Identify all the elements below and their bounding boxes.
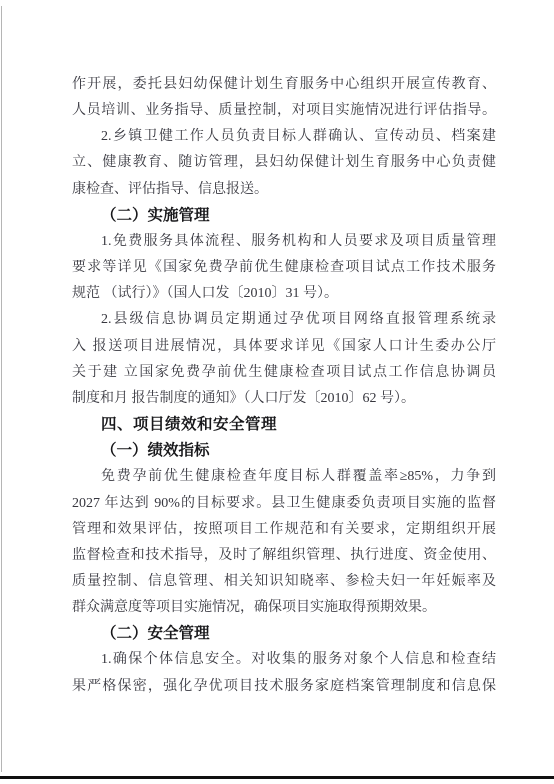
text-line: 质量控制、信息管理、相关知识知晓率、参检夫妇一年妊娠率及 xyxy=(72,569,496,595)
text-line: 群众满意度等项目实施情况，确保项目实施取得预期效果。 xyxy=(72,595,496,621)
text-line: 立、健康教育、随访管理，县妇幼保健计划生育服务中心负责健 xyxy=(72,150,496,176)
text-line: 果严格保密，强化孕优项目技术服务家庭档案管理制度和信息保 xyxy=(72,674,496,700)
text-line: 人员培训、业务指导、质量控制，对项目实施情况进行评估指导。 xyxy=(72,98,496,124)
page-bottom-border-line xyxy=(0,776,554,779)
text-line: 管理和效果评估，按照项目工作规范和有关要求，定期组织开展 xyxy=(72,517,496,543)
text-line: 2.县级信息协调员定期通过孕优项目网络直报管理系统录 xyxy=(72,307,496,333)
text-line: 关于建 立国家免费孕前优生健康检查项目试点工作信息协调员 xyxy=(72,360,496,386)
document-body: 作开展，委托县妇幼保健计划生育服务中心组织开展宣传教育、人员培训、业务指导、质量… xyxy=(72,72,496,700)
section-heading: （二）安全管理 xyxy=(72,621,496,647)
section-heading: 四、项目绩效和安全管理 xyxy=(72,412,496,438)
text-line: 1.免费服务具体流程、服务机构和人员要求及项目质量管理 xyxy=(72,229,496,255)
text-line: 2027 年达到 90%的目标要求。县卫生健康委负责项目实施的监督 xyxy=(72,491,496,517)
text-line: 康检查、评估指导、信息报送。 xyxy=(72,177,496,203)
text-line: 监督检查和技术指导，及时了解组织管理、执行进度、资金使用、 xyxy=(72,543,496,569)
text-line: 入 报送项目进展情况，具体要求详见《国家人口计生委办公厅 xyxy=(72,334,496,360)
text-line: 规范 （试行）》（国人口发〔2010〕31 号）。 xyxy=(72,281,496,307)
text-line: 免费孕前优生健康检查年度目标人群覆盖率≥85%，力争到 xyxy=(72,464,496,490)
text-line: 制度和月 报告制度的通知》（人口厅发〔2010〕62 号）。 xyxy=(72,386,496,412)
section-heading: （二）实施管理 xyxy=(72,203,496,229)
document-page: 作开展，委托县妇幼保健计划生育服务中心组织开展宣传教育、人员培训、业务指导、质量… xyxy=(0,0,554,784)
text-line: 要求等详见《国家免费孕前优生健康检查项目试点工作技术服务 xyxy=(72,255,496,281)
text-line: 作开展，委托县妇幼保健计划生育服务中心组织开展宣传教育、 xyxy=(72,72,496,98)
page-left-edge-line xyxy=(1,6,2,772)
text-line: 2.乡镇卫健工作人员负责目标人群确认、宣传动员、档案建 xyxy=(72,124,496,150)
section-heading: （一）绩效指标 xyxy=(72,438,496,464)
text-line: 1.确保个体信息安全。对收集的服务对象个人信息和检查结 xyxy=(72,647,496,673)
